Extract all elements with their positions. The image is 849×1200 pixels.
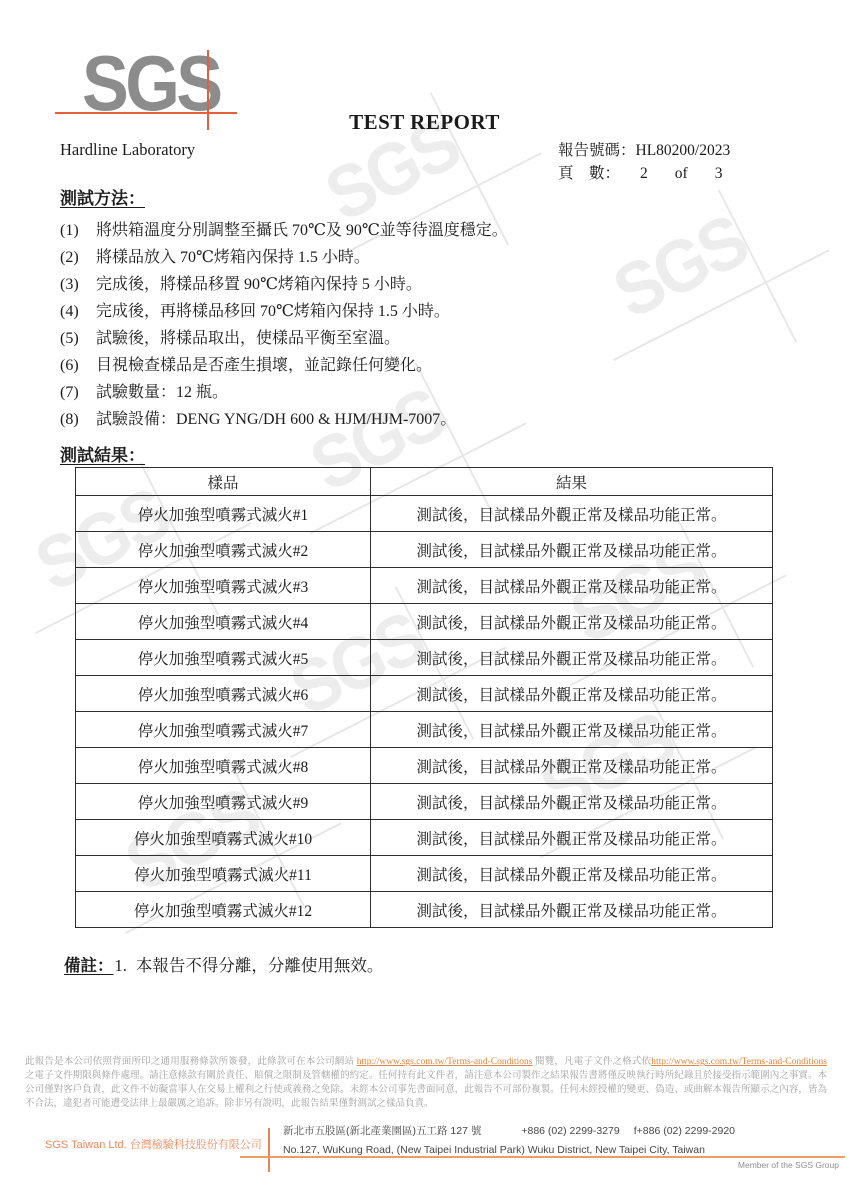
method-item: (6)目視檢查樣品是否產生損壞，並記錄任何變化。 [60, 352, 508, 379]
sample-cell: 停火加強型噴霧式滅火#6 [76, 676, 371, 712]
method-item-number: (5) [60, 325, 96, 352]
sample-cell: 停火加強型噴霧式滅火#7 [76, 712, 371, 748]
result-cell: 測試後，目試樣品外觀正常及樣品功能正常。 [371, 748, 773, 784]
table-row: 停火加強型噴霧式滅火#12測試後，目試樣品外觀正常及樣品功能正常。 [76, 892, 773, 928]
disclaimer-text: 此報告是本公司依照背面所印之通用服務條款所簽發，此條款可在本公司網站 http:… [25, 1055, 827, 1111]
method-item: (3)完成後，將樣品移置 90℃烤箱內保持 5 小時。 [60, 271, 508, 298]
method-item: (4)完成後，再將樣品移回 70℃烤箱內保持 1.5 小時。 [60, 298, 508, 325]
method-item-number: (2) [60, 244, 96, 271]
table-row: 停火加強型噴霧式滅火#9測試後，目試樣品外觀正常及樣品功能正常。 [76, 784, 773, 820]
table-row: 停火加強型噴霧式滅火#3測試後，目試樣品外觀正常及樣品功能正常。 [76, 568, 773, 604]
method-item: (1)將烘箱溫度分別調整至攝氏 70℃及 90℃並等待溫度穩定。 [60, 217, 508, 244]
method-item-text: 將樣品放入 70℃烤箱內保持 1.5 小時。 [96, 244, 370, 271]
test-results-heading: 測試結果： [60, 441, 145, 466]
method-item-text: 試驗後，將樣品取出，使樣品平衡至室溫。 [96, 325, 400, 352]
table-row: 停火加強型噴霧式滅火#10測試後，目試樣品外觀正常及樣品功能正常。 [76, 820, 773, 856]
footer-company-name: SGS Taiwan Ltd. 台灣檢驗科技股份有限公司 [45, 1136, 262, 1152]
sgs-watermark: SGS [588, 179, 819, 386]
report-number-label: 報告號碼： [558, 142, 636, 159]
method-item-text: 試驗設備：DENG YNG/DH 600 & HJM/HJM-7007。 [96, 406, 456, 433]
report-number-value: HL80200/2023 [636, 142, 731, 159]
disclaimer-part: 此報告是本公司依照背面所印之通用服務條款所簽發，此條款可在本公司網站 [25, 1057, 357, 1067]
terms-link[interactable]: http://www.sgs.com.tw/Terms-and-Conditio… [651, 1057, 827, 1067]
method-item-number: (8) [60, 406, 96, 433]
result-cell: 測試後，目試樣品外觀正常及樣品功能正常。 [371, 712, 773, 748]
result-cell: 測試後，目試樣品外觀正常及樣品功能正常。 [371, 820, 773, 856]
page-number-line: 頁 數：2of3 [558, 163, 730, 186]
watermark-crosshair-vertical [718, 189, 797, 342]
result-cell: 測試後，目試樣品外觀正常及樣品功能正常。 [371, 568, 773, 604]
method-item-number: (3) [60, 271, 96, 298]
sample-cell: 停火加強型噴霧式滅火#4 [76, 604, 371, 640]
disclaimer-part: 閱覽，凡電子文件之格式依 [532, 1057, 651, 1067]
page-of: of [675, 165, 688, 182]
method-item-text: 試驗數量：12 瓶。 [96, 379, 228, 406]
report-number-line: 報告號碼：HL80200/2023 [558, 140, 730, 163]
method-item-text: 目視檢查樣品是否產生損壞，並記錄任何變化。 [96, 352, 432, 379]
disclaimer-part: 之電子文件期限與條件處理。請注意條款有關於責任、賠償之限制及管轄權的約定。任何持… [25, 1071, 827, 1109]
method-item-text: 完成後，再將樣品移回 70℃烤箱內保持 1.5 小時。 [96, 298, 450, 325]
sample-cell: 停火加強型噴霧式滅火#12 [76, 892, 371, 928]
report-title: TEST REPORT [0, 110, 849, 135]
terms-link[interactable]: http://www.sgs.com.tw/Terms-and-Conditio… [357, 1057, 533, 1067]
result-cell: 測試後，目試樣品外觀正常及樣品功能正常。 [371, 676, 773, 712]
test-method-list: (1)將烘箱溫度分別調整至攝氏 70℃及 90℃並等待溫度穩定。 (2)將樣品放… [60, 217, 508, 433]
result-cell: 測試後，目試樣品外觀正常及樣品功能正常。 [371, 856, 773, 892]
sample-cell: 停火加強型噴霧式滅火#2 [76, 532, 371, 568]
sample-cell: 停火加強型噴霧式滅火#10 [76, 820, 371, 856]
method-item: (7)試驗數量：12 瓶。 [60, 379, 508, 406]
table-row: 停火加強型噴霧式滅火#4測試後，目試樣品外觀正常及樣品功能正常。 [76, 604, 773, 640]
method-item-number: (1) [60, 217, 96, 244]
method-item: (5)試驗後，將樣品取出，使樣品平衡至室溫。 [60, 325, 508, 352]
footer-separator-vertical [268, 1128, 270, 1172]
page-current: 2 [640, 165, 648, 182]
method-item-number: (7) [60, 379, 96, 406]
footer-member-text: Member of the SGS Group [738, 1160, 839, 1170]
column-header-result: 結果 [371, 468, 773, 496]
table-row: 停火加強型噴霧式滅火#11測試後，目試樣品外觀正常及樣品功能正常。 [76, 856, 773, 892]
table-row: 停火加強型噴霧式滅火#7測試後，目試樣品外觀正常及樣品功能正常。 [76, 712, 773, 748]
watermark-text: SGS [603, 203, 757, 330]
method-item: (8)試驗設備：DENG YNG/DH 600 & HJM/HJM-7007。 [60, 406, 508, 433]
test-method-section: 測試方法： (1)將烘箱溫度分別調整至攝氏 70℃及 90℃並等待溫度穩定。 (… [60, 184, 508, 433]
results-table: 樣品 結果 停火加強型噴霧式滅火#1測試後，目試樣品外觀正常及樣品功能正常。 停… [75, 467, 773, 928]
footer-address-zh: 新北市五股區(新北產業園區)五工路 127 號 [283, 1125, 481, 1137]
method-item-text: 將烘箱溫度分別調整至攝氏 70℃及 90℃並等待溫度穩定。 [96, 217, 508, 244]
result-cell: 測試後，目試樣品外觀正常及樣品功能正常。 [371, 604, 773, 640]
footer-fax: f+886 (02) 2299-2920 [634, 1125, 735, 1137]
table-row: 停火加強型噴霧式滅火#6測試後，目試樣品外觀正常及樣品功能正常。 [76, 676, 773, 712]
sample-cell: 停火加強型噴霧式滅火#9 [76, 784, 371, 820]
test-report-page: SGS SGS SGS SGS SGS SGS SGS SGS SGS Hard… [0, 0, 849, 1200]
note-label: 備註： [64, 956, 114, 975]
table-header-row: 樣品 結果 [76, 468, 773, 496]
method-item-number: (6) [60, 352, 96, 379]
test-method-heading: 測試方法： [60, 184, 508, 209]
table-row: 停火加強型噴霧式滅火#5測試後，目試樣品外觀正常及樣品功能正常。 [76, 640, 773, 676]
sample-cell: 停火加強型噴霧式滅火#8 [76, 748, 371, 784]
report-meta: 報告號碼：HL80200/2023 頁 數：2of3 [558, 140, 730, 185]
column-header-sample: 樣品 [76, 468, 371, 496]
note-line: 備註：1.本報告不得分離，分離使用無效。 [64, 952, 383, 976]
table-row: 停火加強型噴霧式滅火#2測試後，目試樣品外觀正常及樣品功能正常。 [76, 532, 773, 568]
page-number-label: 頁 數： [558, 165, 620, 182]
footer-address-block: 新北市五股區(新北產業園區)五工路 127 號+886 (02) 2299-32… [283, 1122, 735, 1160]
sample-cell: 停火加強型噴霧式滅火#3 [76, 568, 371, 604]
lab-name: Hardline Laboratory [60, 140, 195, 160]
method-item-text: 完成後，將樣品移置 90℃烤箱內保持 5 小時。 [96, 271, 422, 298]
result-cell: 測試後，目試樣品外觀正常及樣品功能正常。 [371, 496, 773, 532]
table-row: 停火加強型噴霧式滅火#1測試後，目試樣品外觀正常及樣品功能正常。 [76, 496, 773, 532]
result-cell: 測試後，目試樣品外觀正常及樣品功能正常。 [371, 532, 773, 568]
page-total: 3 [715, 165, 723, 182]
sample-cell: 停火加強型噴霧式滅火#1 [76, 496, 371, 532]
footer-rule-horizontal [240, 1156, 845, 1158]
method-item: (2)將樣品放入 70℃烤箱內保持 1.5 小時。 [60, 244, 508, 271]
footer-address-line-zh: 新北市五股區(新北產業園區)五工路 127 號+886 (02) 2299-32… [283, 1122, 735, 1141]
result-cell: 測試後，目試樣品外觀正常及樣品功能正常。 [371, 784, 773, 820]
sample-cell: 停火加強型噴霧式滅火#5 [76, 640, 371, 676]
note-text: 本報告不得分離，分離使用無效。 [136, 956, 384, 975]
note-number: 1. [115, 956, 127, 975]
watermark-crosshair-horizontal [613, 249, 830, 361]
method-item-number: (4) [60, 298, 96, 325]
footer-phone: +886 (02) 2299-3279 [521, 1125, 619, 1137]
table-row: 停火加強型噴霧式滅火#8測試後，目試樣品外觀正常及樣品功能正常。 [76, 748, 773, 784]
result-cell: 測試後，目試樣品外觀正常及樣品功能正常。 [371, 892, 773, 928]
result-cell: 測試後，目試樣品外觀正常及樣品功能正常。 [371, 640, 773, 676]
sample-cell: 停火加強型噴霧式滅火#11 [76, 856, 371, 892]
